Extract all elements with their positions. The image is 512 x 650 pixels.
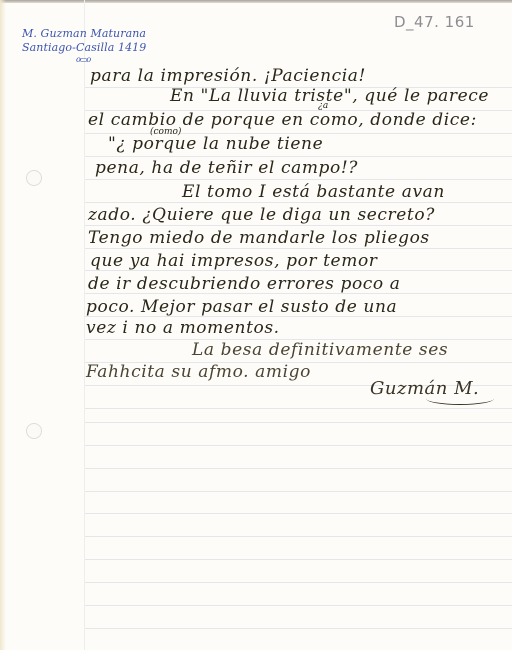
letterhead-address: Santiago-Casilla 1419 bbox=[22, 41, 146, 54]
ruled-line bbox=[85, 156, 512, 157]
ruled-line bbox=[85, 248, 512, 249]
letter-line: La besa definitivamente ses bbox=[192, 340, 448, 360]
letterhead-ornament: o▭o bbox=[76, 55, 146, 64]
ruled-line bbox=[85, 422, 512, 423]
letter-line: poco. Mejor pasar el susto de una bbox=[86, 297, 397, 317]
letter-line: que ya hai impresos, por temor bbox=[90, 251, 378, 271]
ruled-line bbox=[85, 225, 512, 226]
ruled-line bbox=[85, 408, 512, 409]
ruled-line bbox=[85, 468, 512, 469]
letterhead-name: M. Guzman Maturana bbox=[22, 27, 146, 40]
ruled-line bbox=[85, 202, 512, 203]
ruled-line bbox=[85, 605, 512, 606]
ruled-line bbox=[85, 582, 512, 583]
letter-line: pena, ha de teñir el campo!? bbox=[95, 158, 358, 178]
letter-line: de ir descubriendo errores poco a bbox=[88, 274, 401, 294]
letter-line: para la impresión. ¡Paciencia! bbox=[90, 66, 366, 86]
letter-line: El tomo I está bastante avan bbox=[182, 182, 445, 202]
letter-line: Fahhcita su afmo. amigo bbox=[86, 362, 311, 382]
archive-reference: D_47. 161 bbox=[394, 13, 475, 31]
letter-line: Tengo miedo de mandarle los pliegos bbox=[88, 228, 430, 248]
page-edge-stain bbox=[0, 0, 6, 650]
letterhead-stamp: M. Guzman Maturana Santiago-Casilla 1419… bbox=[22, 27, 146, 64]
ruled-line bbox=[85, 445, 512, 446]
letter-line: el cambio de porque en como, donde dice: bbox=[88, 110, 477, 130]
letter-line: zado. ¿Quiere que le diga un secreto? bbox=[88, 205, 435, 225]
ruled-line bbox=[85, 491, 512, 492]
ruled-line bbox=[85, 628, 512, 629]
letter-page: M. Guzman Maturana Santiago-Casilla 1419… bbox=[0, 0, 512, 650]
page-top-edge bbox=[0, 0, 512, 3]
letter-line: "¿ porque la nube tiene bbox=[108, 134, 323, 154]
margin-line bbox=[84, 0, 85, 650]
ruled-line bbox=[85, 559, 512, 560]
signature-flourish bbox=[426, 392, 494, 405]
ruled-line bbox=[85, 513, 512, 514]
punch-hole bbox=[26, 423, 42, 439]
punch-hole bbox=[26, 170, 42, 186]
letter-line: vez i no a momentos. bbox=[86, 318, 280, 338]
letter-line: En "La lluvia triste", qué le parece bbox=[170, 86, 489, 106]
ruled-line bbox=[85, 179, 512, 180]
ruled-line bbox=[85, 536, 512, 537]
